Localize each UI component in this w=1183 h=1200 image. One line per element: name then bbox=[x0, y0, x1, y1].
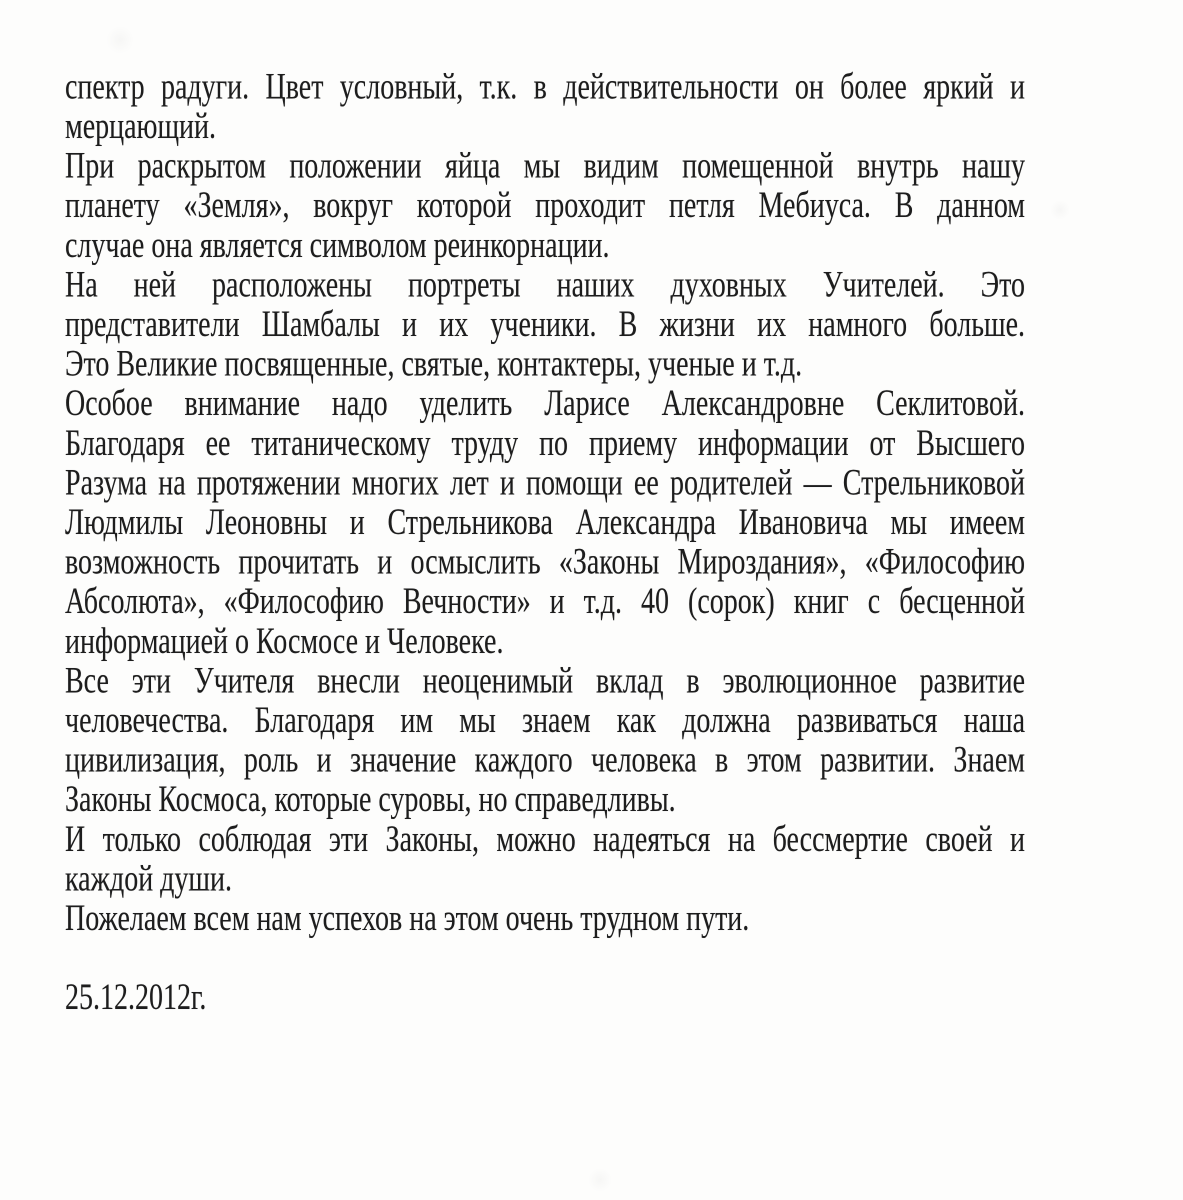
text-line: Абсолюта», «Философию Вечности» и т.д. 4… bbox=[65, 583, 1025, 623]
document-text: спектр радуги. Цвет условный, т.к. в дей… bbox=[65, 68, 1025, 1018]
text-line: Людмилы Леоновны и Стрельникова Александ… bbox=[65, 504, 1025, 544]
text-line: возможность прочитать и осмыслить «Закон… bbox=[65, 543, 1025, 583]
text-line: Законы Космоса, которые суровы, но справ… bbox=[65, 781, 1025, 821]
text-line: информацией о Космосе и Человеке. bbox=[65, 622, 1025, 662]
text-line: мерцающий. bbox=[65, 108, 1025, 148]
text-line: случае она является символом реинкорнаци… bbox=[65, 226, 1025, 266]
text-line: Благодаря ее титаническому труду по прие… bbox=[65, 424, 1025, 464]
text-line: каждой души. bbox=[65, 860, 1025, 900]
text-line: На ней расположены портреты наших духовн… bbox=[65, 266, 1025, 306]
text-line: При раскрытом положении яйца мы видим по… bbox=[65, 147, 1025, 187]
text-line: человечества. Благодаря им мы знаем как … bbox=[65, 702, 1025, 742]
text-line: Это Великие посвященные, святые, контакт… bbox=[65, 345, 1025, 385]
text-line: Особое внимание надо уделить Ларисе Алек… bbox=[65, 385, 1025, 425]
text-line: цивилизация, роль и значение каждого чел… bbox=[65, 741, 1025, 781]
text-line: Пожелаем всем нам успехов на этом очень … bbox=[65, 900, 1025, 940]
text-line: спектр радуги. Цвет условный, т.к. в дей… bbox=[65, 68, 1025, 108]
date-text: 25.12.2012г. bbox=[65, 979, 1025, 1019]
text-line: планету «Земля», вокруг которой проходит… bbox=[65, 187, 1025, 227]
text-line: Разума на протяжении многих лет и помощи… bbox=[65, 464, 1025, 504]
scanned-page: спектр радуги. Цвет условный, т.к. в дей… bbox=[0, 0, 1183, 1200]
text-line: И только соблюдая эти Законы, можно наде… bbox=[65, 820, 1025, 860]
text-line: Все эти Учителя внесли неоценимый вклад … bbox=[65, 662, 1025, 702]
text-line: представители Шамбалы и их ученики. В жи… bbox=[65, 306, 1025, 346]
